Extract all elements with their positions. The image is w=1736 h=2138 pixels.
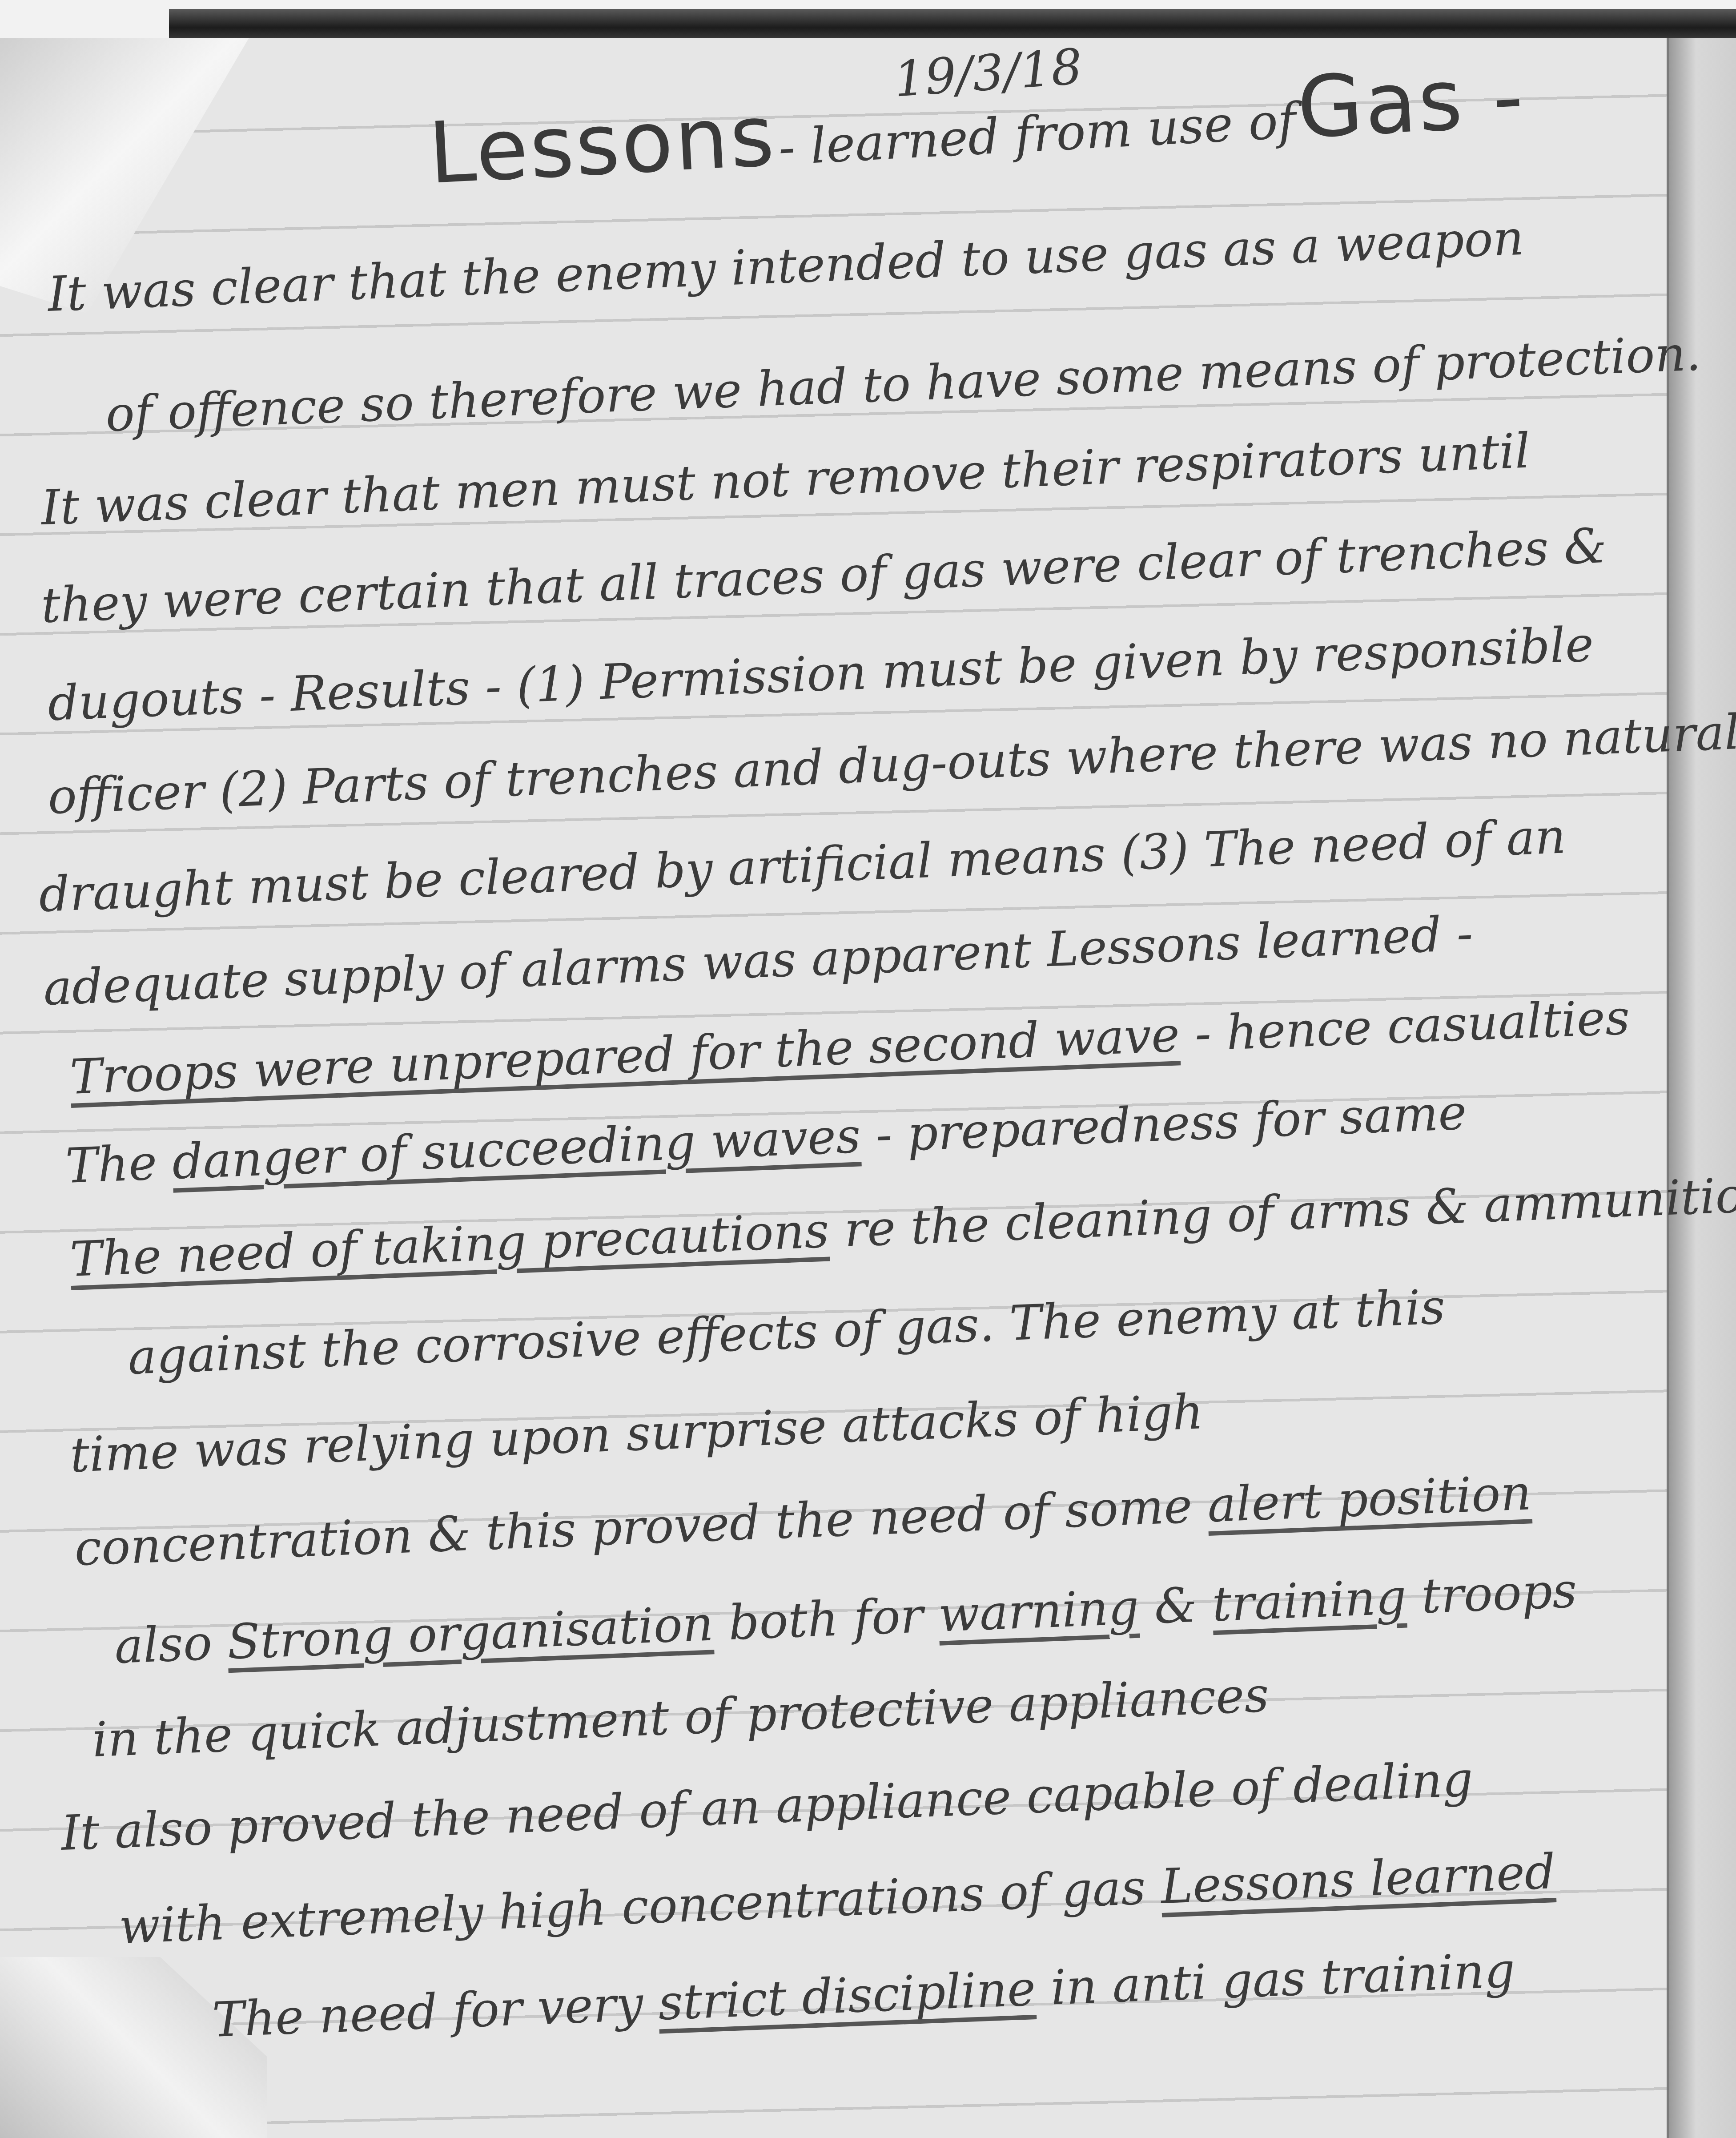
- title-end: Gas -: [1295, 47, 1527, 157]
- title-main: Lessons: [426, 86, 778, 203]
- notebook-binding-edge: [169, 9, 1736, 40]
- underlined-phrase: training: [1211, 1570, 1407, 1633]
- underlined-phrase: warning: [937, 1580, 1140, 1643]
